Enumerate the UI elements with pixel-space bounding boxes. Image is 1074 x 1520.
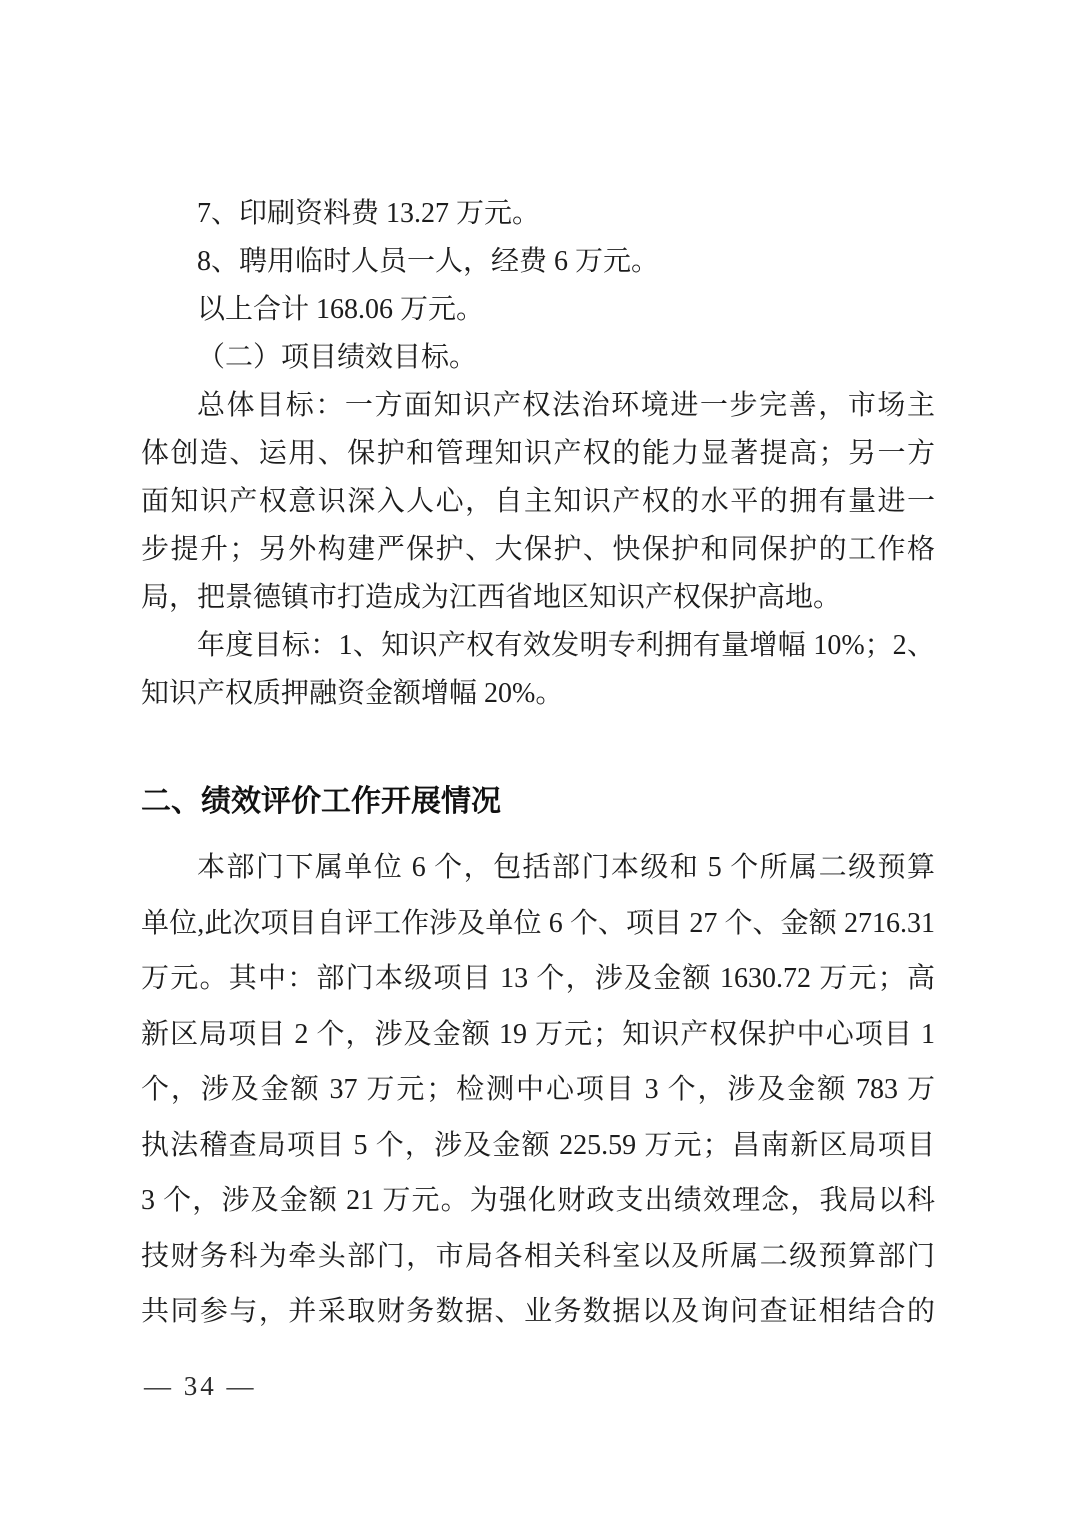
body-line: 执法稽查局项目 5 个，涉及金额 225.59 万元；昌南新区局项目 bbox=[141, 1118, 935, 1174]
body-line: 局，把景德镇市打造成为江西省地区知识产权保护高地。 bbox=[141, 574, 935, 622]
body-line: 共同参与，并采取财务数据、业务数据以及询问查证相结合的 bbox=[141, 1284, 935, 1340]
body-line: 知识产权质押融资金额增幅 20%。 bbox=[141, 670, 935, 718]
body-line: 体创造、运用、保护和管理知识产权的能力显著提高；另一方 bbox=[141, 430, 935, 478]
body-line: 单位,此次项目自评工作涉及单位 6 个、项目 27 个、金额 2716.31 bbox=[141, 896, 935, 952]
body-line: 7、印刷资料费 13.27 万元。 bbox=[141, 190, 935, 238]
body-line: 面知识产权意识深入人心，自主知识产权的水平的拥有量进一 bbox=[141, 478, 935, 526]
body-line: 新区局项目 2 个，涉及金额 19 万元；知识产权保护中心项目 1 bbox=[141, 1007, 935, 1063]
body-line: 个，涉及金额 37 万元；检测中心项目 3 个，涉及金额 783 万元； bbox=[141, 1062, 935, 1118]
body-line: 总体目标：一方面知识产权法治环境进一步完善，市场主 bbox=[141, 382, 935, 430]
body-line: 年度目标：1、知识产权有效发明专利拥有量增幅 10%；2、 bbox=[141, 622, 935, 670]
page-number: — 34 — bbox=[144, 1366, 257, 1406]
section-heading: 二、绩效评价工作开展情况 bbox=[141, 778, 935, 826]
body-line: 技财务科为牵头部门，市局各相关科室以及所属二级预算部门 bbox=[141, 1229, 935, 1285]
body-line: 步提升；另外构建严保护、大保护、快保护和同保护的工作格 bbox=[141, 526, 935, 574]
body-line: 本部门下属单位 6 个，包括部门本级和 5 个所属二级预算 bbox=[141, 840, 935, 896]
document-page: 7、印刷资料费 13.27 万元。 8、聘用临时人员一人，经费 6 万元。 以上… bbox=[0, 0, 1074, 1520]
body-line: 8、聘用临时人员一人，经费 6 万元。 bbox=[141, 238, 935, 286]
section-budget-items: 7、印刷资料费 13.27 万元。 8、聘用临时人员一人，经费 6 万元。 以上… bbox=[141, 190, 935, 718]
body-line: （二）项目绩效目标。 bbox=[141, 334, 935, 382]
body-line: 3 个，涉及金额 21 万元。为强化财政支出绩效理念，我局以科 bbox=[141, 1173, 935, 1229]
body-line: 万元。其中：部门本级项目 13 个，涉及金额 1630.72 万元；高 bbox=[141, 951, 935, 1007]
body-line: 以上合计 168.06 万元。 bbox=[141, 286, 935, 334]
document-body: 7、印刷资料费 13.27 万元。 8、聘用临时人员一人，经费 6 万元。 以上… bbox=[141, 190, 935, 1340]
section-evaluation: 本部门下属单位 6 个，包括部门本级和 5 个所属二级预算 单位,此次项目自评工… bbox=[141, 840, 935, 1340]
